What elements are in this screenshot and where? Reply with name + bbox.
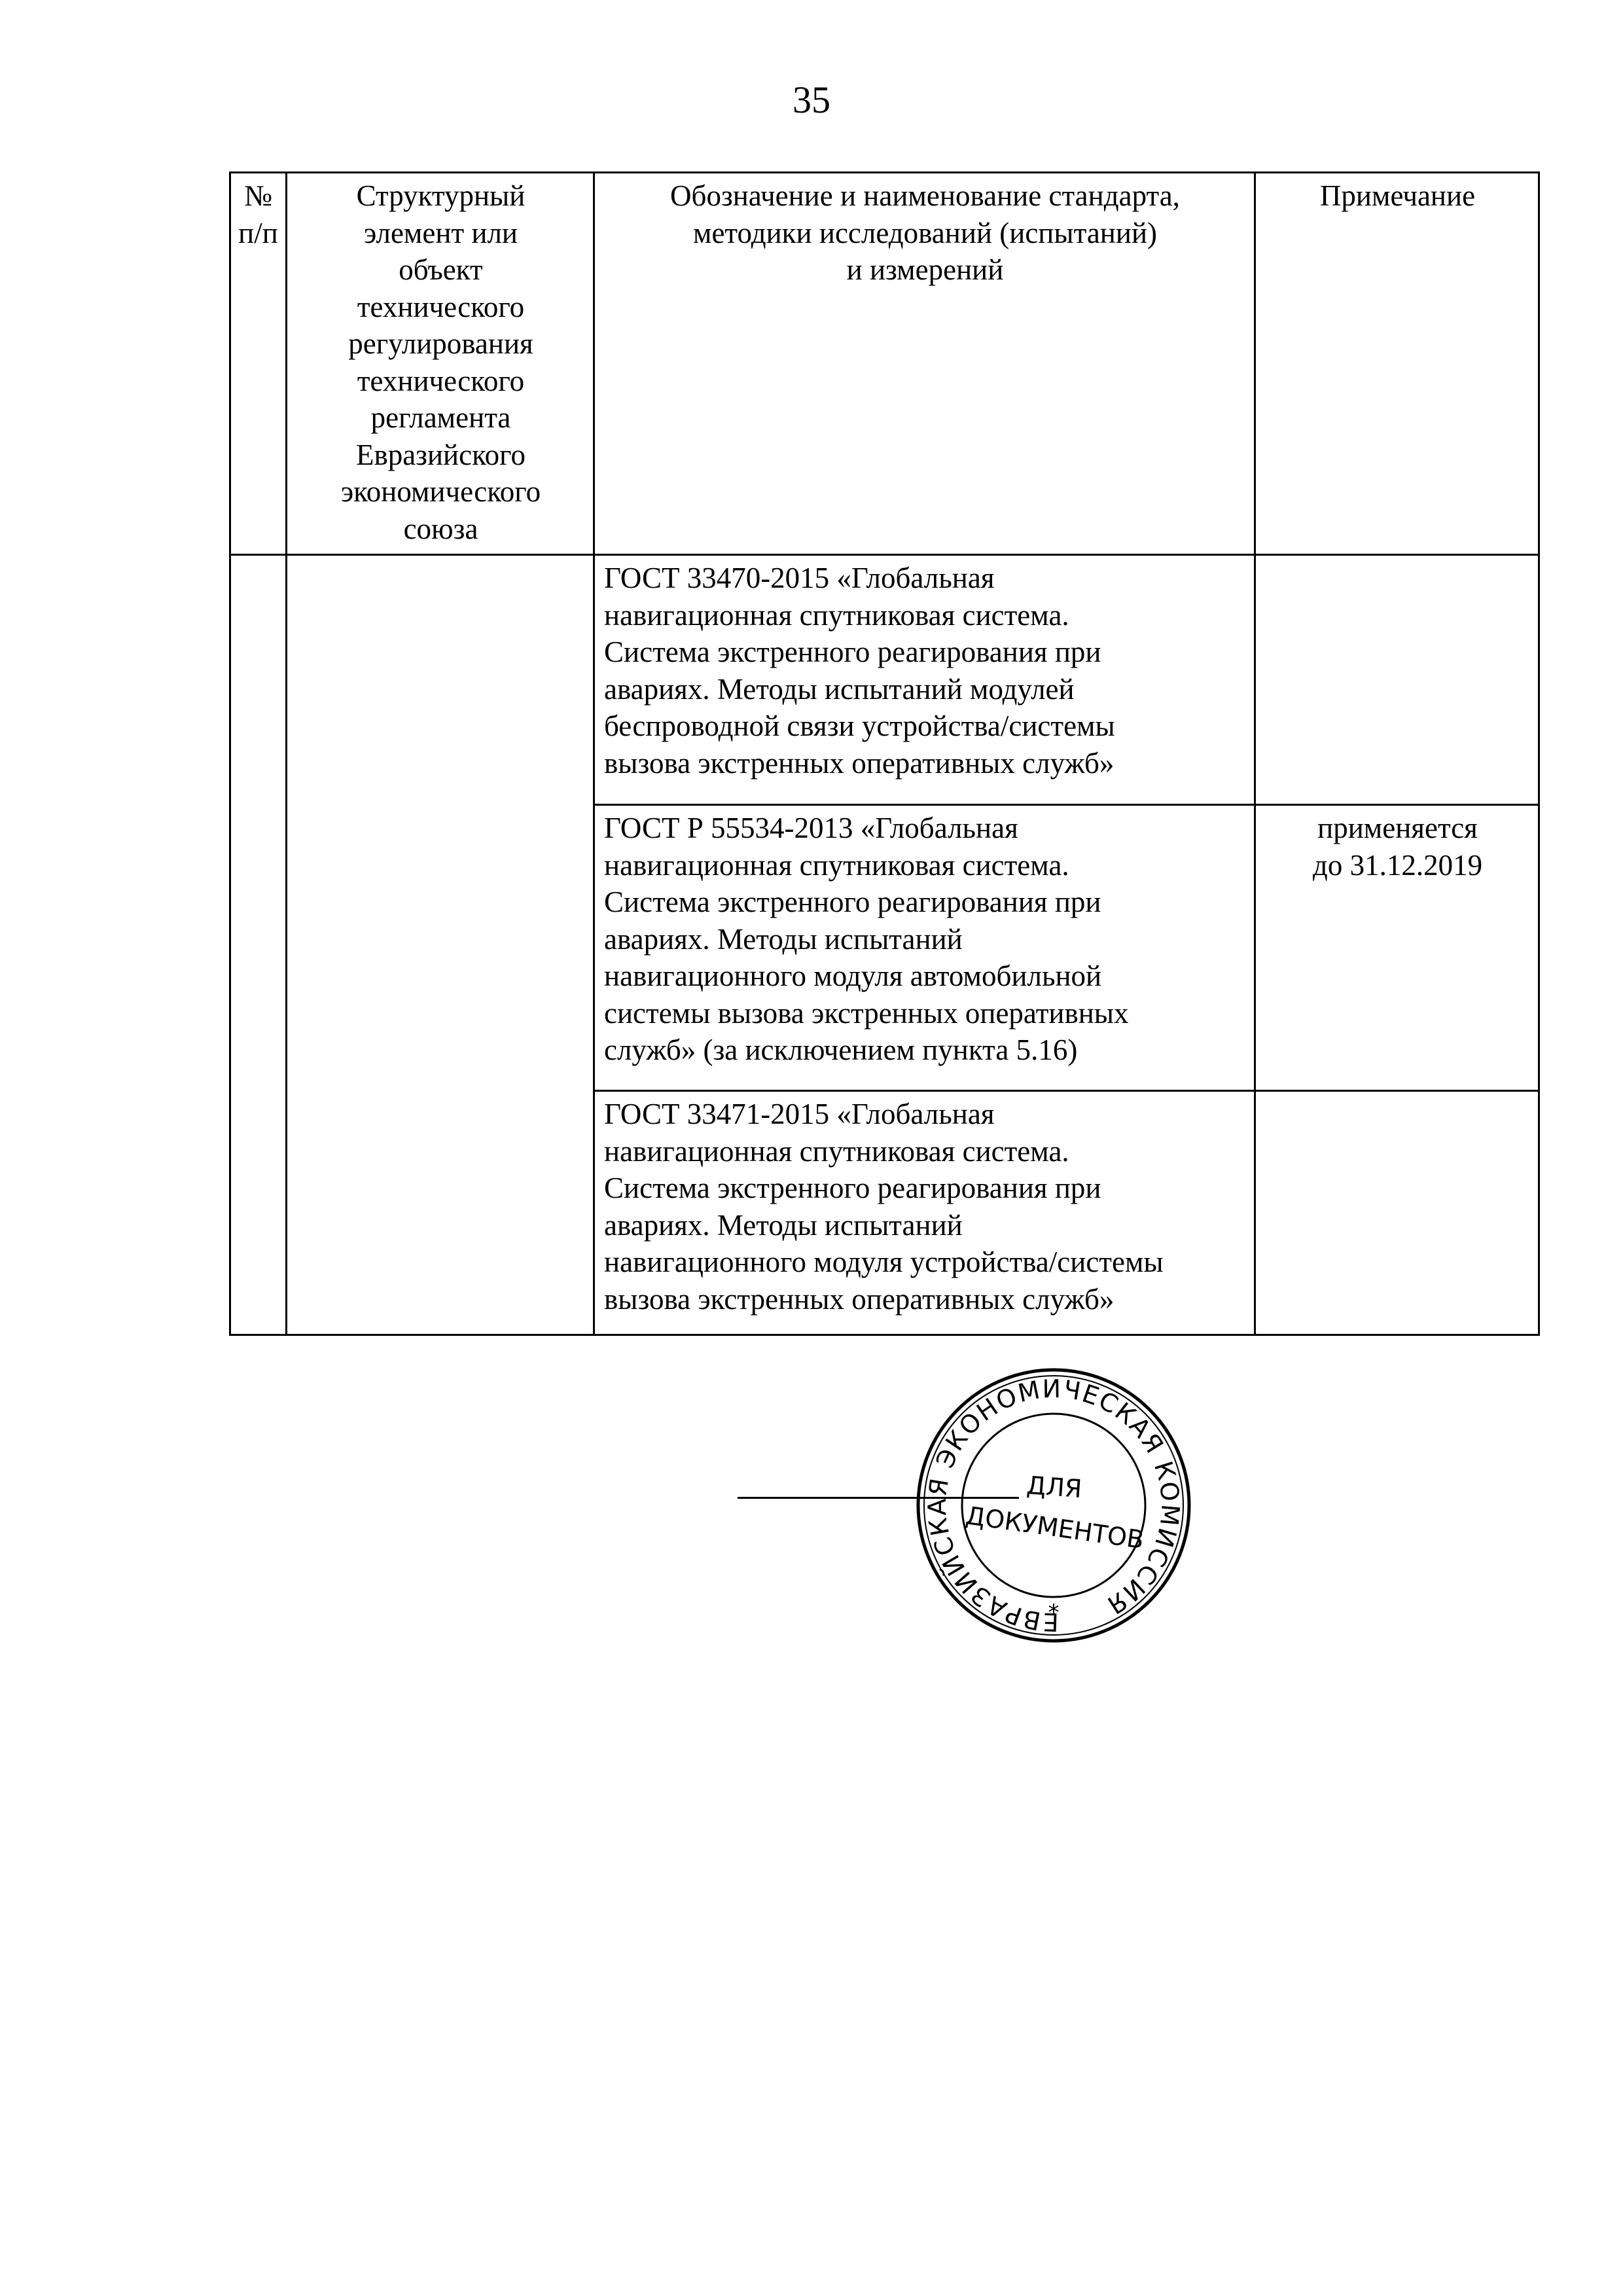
text-line: Обозначение и наименование стандарта,	[604, 177, 1246, 215]
text-line: Система экстренного реагирования при	[604, 634, 1246, 671]
text-line: ГОСТ 33471-2015 «Глобальная	[604, 1096, 1246, 1133]
text-line: технического	[296, 289, 585, 326]
cell-note	[1255, 1091, 1539, 1335]
text-line: вызова экстренных оперативных служб»	[604, 745, 1246, 782]
text-line: навигационная спутниковая система.	[604, 847, 1246, 884]
cell-note: применяетсядо 31.12.2019	[1255, 805, 1539, 1091]
stamp-star-icon: *	[1048, 1600, 1060, 1626]
text-line: до 31.12.2019	[1265, 847, 1530, 884]
text-line: Система экстренного реагирования при	[604, 884, 1246, 921]
text-line: беспроводной связи устройства/системы	[604, 708, 1246, 745]
cell-standard: ГОСТ Р 55534-2013 «Глобальнаянавигационн…	[594, 805, 1255, 1091]
text-line: ГОСТ Р 55534-2013 «Глобальная	[604, 810, 1246, 847]
text-line: регламента	[296, 399, 585, 437]
text-line: системы вызова экстренных оперативных	[604, 995, 1246, 1032]
cell-standard: ГОСТ 33471-2015 «Глобальнаянавигационная…	[594, 1091, 1255, 1335]
text-line: объект	[296, 251, 585, 289]
page-number: 35	[0, 77, 1623, 123]
text-line: союза	[296, 511, 585, 548]
table-header-row: №п/п Структурныйэлемент илиобъекттехниче…	[230, 173, 1539, 555]
text-line: Евразийского	[296, 437, 585, 474]
text-line: регулирования	[296, 325, 585, 363]
text-line: навигационная спутниковая система.	[604, 597, 1246, 634]
official-stamp: ЕВРАЗИЙСКАЯ ЭКОНОМИЧЕСКАЯ КОМИССИЯ * ДЛЯ…	[913, 1365, 1194, 1646]
text-line: служб» (за исключением пункта 5.16)	[604, 1031, 1246, 1069]
stamp-text-documents: ДОКУМЕНТОВ	[964, 1501, 1146, 1554]
text-line: экономического	[296, 473, 585, 511]
cell-element	[287, 555, 594, 1335]
text-line: №	[234, 177, 283, 215]
text-line: технического	[296, 363, 585, 400]
table-row: ГОСТ 33470-2015 «Глобальнаянавигационная…	[230, 555, 1539, 805]
text-line: вызова экстренных оперативных служб»	[604, 1281, 1246, 1318]
text-line: Система экстренного реагирования при	[604, 1170, 1246, 1207]
header-note: Примечание	[1255, 173, 1539, 555]
text-line: методики исследований (испытаний)	[604, 215, 1246, 252]
text-line: авариях. Методы испытаний	[604, 1207, 1246, 1244]
text-line: применяется	[1265, 810, 1530, 847]
cell-number	[230, 555, 287, 1335]
text-line: навигационная спутниковая система.	[604, 1133, 1246, 1170]
text-line: элемент или	[296, 215, 585, 252]
header-number: №п/п	[230, 173, 287, 555]
text-line: авариях. Методы испытаний	[604, 921, 1246, 958]
text-line: навигационного модуля устройства/системы	[604, 1244, 1246, 1281]
stamp-text-for: ДЛЯ	[1026, 1471, 1083, 1503]
text-line: Примечание	[1265, 177, 1530, 215]
cell-standard: ГОСТ 33470-2015 «Глобальнаянавигационная…	[594, 555, 1255, 805]
text-line: и измерений	[604, 251, 1246, 289]
text-line: Структурный	[296, 177, 585, 215]
text-line: авариях. Методы испытаний модулей	[604, 671, 1246, 708]
header-standard: Обозначение и наименование стандарта,мет…	[594, 173, 1255, 555]
standards-table: №п/п Структурныйэлемент илиобъекттехниче…	[229, 171, 1540, 1336]
text-line: п/п	[234, 215, 283, 252]
cell-note	[1255, 555, 1539, 805]
text-line: ГОСТ 33470-2015 «Глобальная	[604, 560, 1246, 597]
header-structural-element: Структурныйэлемент илиобъекттехнического…	[287, 173, 594, 555]
text-line: навигационного модуля автомобильной	[604, 958, 1246, 995]
